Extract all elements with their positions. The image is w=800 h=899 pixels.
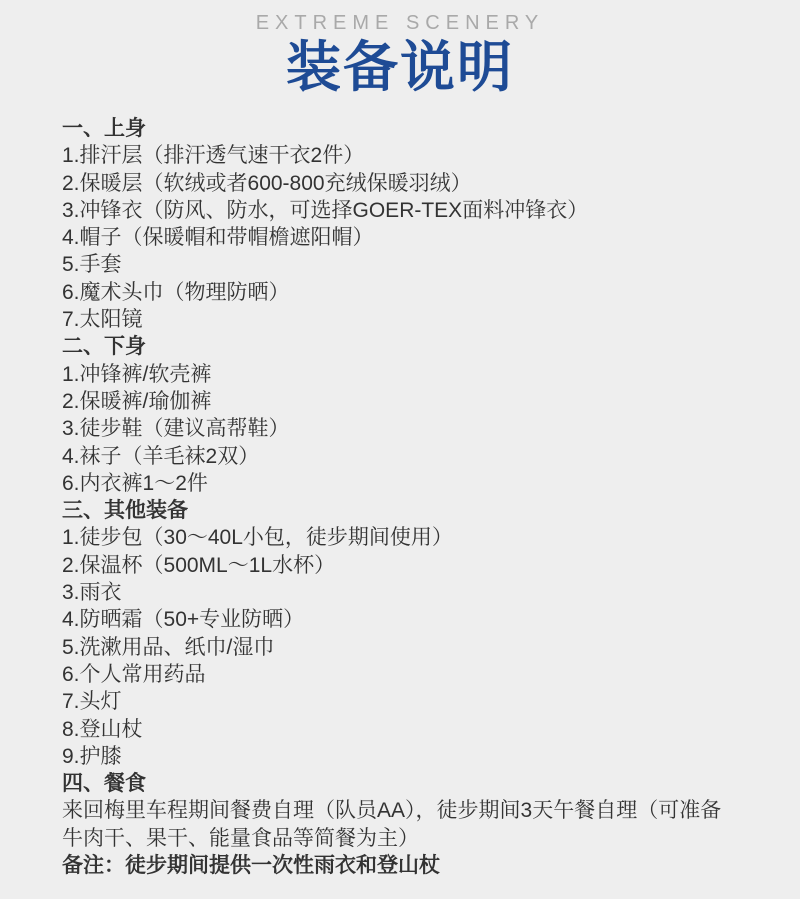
section-heading: 一、上身 xyxy=(62,115,738,142)
list-item: 1.冲锋裤/软壳裤 xyxy=(62,361,738,388)
brand-subtitle: EXTREME SCENERY xyxy=(0,0,800,35)
section-heading: 四、餐食 xyxy=(62,770,738,797)
list-item: 3.徒步鞋（建议高帮鞋） xyxy=(62,415,738,442)
section-heading: 二、下身 xyxy=(62,333,738,360)
list-item: 4.帽子（保暖帽和带帽檐遮阳帽） xyxy=(62,224,738,251)
list-item: 3.冲锋衣（防风、防水，可选择GOER-TEX面料冲锋衣） xyxy=(62,197,738,224)
equipment-notice-page: EXTREME SCENERY 装备说明 一、上身1.排汗层（排汗透气速干衣2件… xyxy=(0,0,800,899)
list-item: 5.手套 xyxy=(62,251,738,278)
page-title: 装备说明 xyxy=(0,37,800,99)
list-item: 2.保暖裤/瑜伽裤 xyxy=(62,388,738,415)
list-item: 2.保暖层（软绒或者600-800充绒保暖羽绒） xyxy=(62,170,738,197)
list-item: 4.防晒霜（50+专业防晒） xyxy=(62,606,738,633)
list-item: 5.洗漱用品、纸巾/湿巾 xyxy=(62,634,738,661)
list-item: 7.太阳镜 xyxy=(62,306,738,333)
list-item: 7.头灯 xyxy=(62,688,738,715)
list-item: 2.保温杯（500ML～1L水杯） xyxy=(62,552,738,579)
note-line: 备注：徒步期间提供一次性雨衣和登山杖 xyxy=(62,852,738,879)
equipment-sections: 一、上身1.排汗层（排汗透气速干衣2件）2.保暖层（软绒或者600-800充绒保… xyxy=(62,115,738,879)
list-item: 6.个人常用药品 xyxy=(62,661,738,688)
list-item: 8.登山杖 xyxy=(62,716,738,743)
section-paragraph: 来回梅里车程期间餐费自理（队员AA），徒步期间3天午餐自理（可准备牛肉干、果干、… xyxy=(62,797,738,852)
list-item: 1.徒步包（30～40L小包，徒步期间使用） xyxy=(62,524,738,551)
list-item: 6.魔术头巾（物理防晒） xyxy=(62,279,738,306)
section-heading: 三、其他装备 xyxy=(62,497,738,524)
list-item: 4.袜子（羊毛袜2双） xyxy=(62,443,738,470)
list-item: 6.内衣裤1～2件 xyxy=(62,470,738,497)
list-item: 1.排汗层（排汗透气速干衣2件） xyxy=(62,142,738,169)
list-item: 9.护膝 xyxy=(62,743,738,770)
list-item: 3.雨衣 xyxy=(62,579,738,606)
